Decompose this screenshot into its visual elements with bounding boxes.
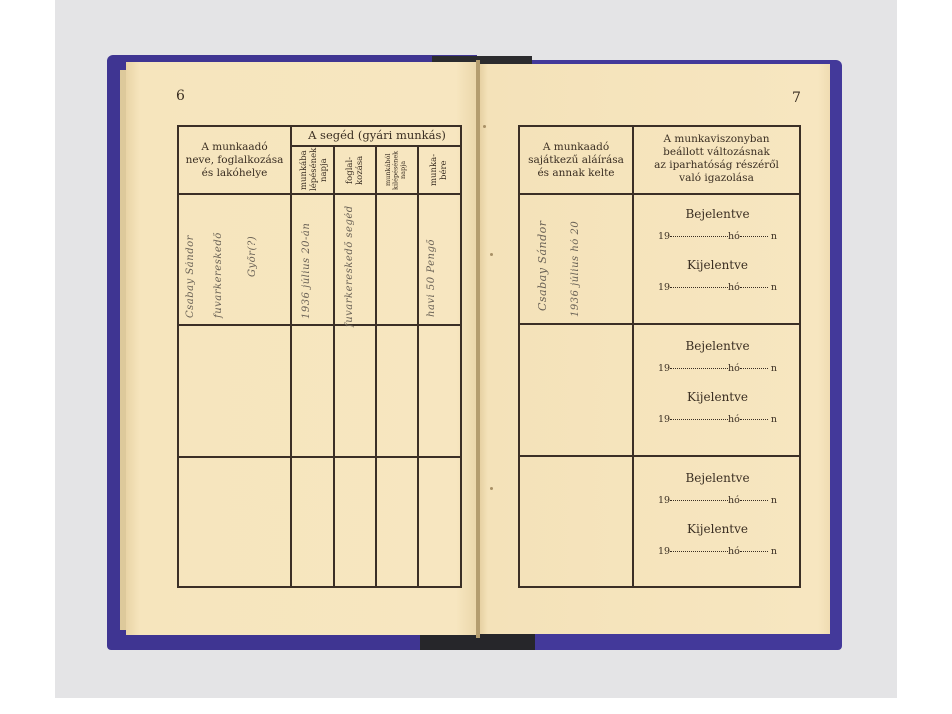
header-line: foglal- — [345, 149, 355, 191]
row-divider — [520, 323, 799, 325]
registered-date-line: 19hó n — [634, 363, 801, 374]
day-label: n — [771, 495, 777, 506]
page-gutter — [476, 60, 480, 638]
employment-table: A munkaadó neve, foglalkozása és lakóhel… — [177, 125, 462, 588]
day-label: n — [771, 414, 777, 425]
deregistered-label: Kijelentve — [634, 390, 801, 404]
year-prefix: 19 — [658, 363, 670, 374]
header-line: lépésének — [309, 149, 319, 191]
handwritten-employer-occupation: fuvarkereskedő — [213, 203, 224, 318]
month-label: hó — [728, 414, 740, 425]
year-prefix: 19 — [658, 495, 670, 506]
day-label: n — [771, 546, 777, 557]
binding-hole — [490, 253, 493, 256]
registered-date-line: 19hó n — [634, 231, 801, 242]
month-label: hó — [728, 363, 740, 374]
header-line: beállott változásnak — [634, 146, 799, 159]
header-line: és annak kelte — [520, 167, 632, 180]
column-divider — [290, 127, 292, 586]
group-header-divider — [290, 145, 460, 147]
binding-hole — [490, 487, 493, 490]
year-prefix: 19 — [658, 231, 670, 242]
header-line: való igazolása — [634, 172, 799, 185]
header-divider — [179, 193, 460, 195]
header-line: neve, foglalkozása — [179, 154, 290, 167]
handwritten-signature: Csabay Sándor — [536, 211, 549, 311]
deregistered-date-line: 19hó n — [634, 282, 801, 293]
certification-column-header: A munkaviszonyban beállott változásnak a… — [634, 133, 799, 185]
registered-label: Bejelentve — [634, 207, 801, 221]
handwritten-employer-name: Csabay Sándor — [185, 203, 196, 318]
certification-block-3: Bejelentve 19hó n Kijelentve 19hó n — [634, 471, 801, 557]
page-number-right: 7 — [792, 90, 801, 106]
employer-column-header: A munkaadó neve, foglalkozása és lakóhel… — [179, 141, 290, 180]
column-divider — [417, 147, 419, 586]
header-line: és lakóhelye — [179, 167, 290, 180]
month-label: hó — [728, 231, 740, 242]
header-line: A munkaadó — [179, 141, 290, 154]
deregistered-label: Kijelentve — [634, 258, 801, 272]
header-line: munka- — [429, 149, 439, 191]
deregistered-date-line: 19hó n — [634, 546, 801, 557]
handwritten-signature-date: 1936 július hó 20 — [570, 207, 581, 317]
year-prefix: 19 — [658, 282, 670, 293]
header-line: napja — [400, 149, 408, 191]
row-divider — [179, 324, 460, 326]
day-label: n — [771, 231, 777, 242]
certification-block-1: Bejelentve 19hó n Kijelentve 19hó n — [634, 207, 801, 293]
deregistered-date-line: 19hó n — [634, 414, 801, 425]
column-divider — [375, 147, 377, 586]
year-prefix: 19 — [658, 414, 670, 425]
day-label: n — [771, 282, 777, 293]
certification-block-2: Bejelentve 19hó n Kijelentve 19hó n — [634, 339, 801, 425]
certification-table: A munkaadó sajátkezű aláírása és annak k… — [518, 125, 801, 588]
handwritten-start-date: 1936 július 20-án — [301, 197, 312, 319]
handwritten-occupation: fuvarkereskedő segéd — [344, 197, 355, 327]
header-divider — [520, 193, 799, 195]
day-label: n — [771, 363, 777, 374]
header-line: A munkaadó — [520, 141, 632, 154]
month-label: hó — [728, 495, 740, 506]
header-line: kozása — [355, 149, 365, 191]
occupation-column-header: foglal- kozása — [345, 149, 367, 191]
header-line: az iparhatóság részéről — [634, 159, 799, 172]
registered-label: Bejelentve — [634, 339, 801, 353]
column-divider — [333, 147, 335, 586]
header-line: sajátkezű aláírása — [520, 154, 632, 167]
page-number-left: 6 — [176, 88, 185, 104]
end-date-column-header: munkából kilépésének napja — [385, 149, 411, 191]
deregistered-label: Kijelentve — [634, 522, 801, 536]
wage-column-header: munka- bére — [429, 149, 451, 191]
year-prefix: 19 — [658, 546, 670, 557]
start-date-column-header: munkába lépésének napja — [299, 149, 329, 191]
handwritten-wage: havi 50 Pengő — [426, 207, 437, 317]
header-line: munkába — [299, 149, 309, 191]
registered-label: Bejelentve — [634, 471, 801, 485]
group-header: A segéd (gyári munkás) — [292, 129, 462, 142]
binding-hole — [483, 125, 486, 128]
handwritten-employer-residence: Győr(?) — [247, 207, 258, 277]
month-label: hó — [728, 282, 740, 293]
month-label: hó — [728, 546, 740, 557]
header-line: A munkaviszonyban — [634, 133, 799, 146]
signature-column-header: A munkaadó sajátkezű aláírása és annak k… — [520, 141, 632, 180]
registered-date-line: 19hó n — [634, 495, 801, 506]
row-divider — [179, 456, 460, 458]
header-line: bére — [439, 149, 449, 191]
header-line: napja — [319, 149, 329, 191]
row-divider — [520, 455, 799, 457]
